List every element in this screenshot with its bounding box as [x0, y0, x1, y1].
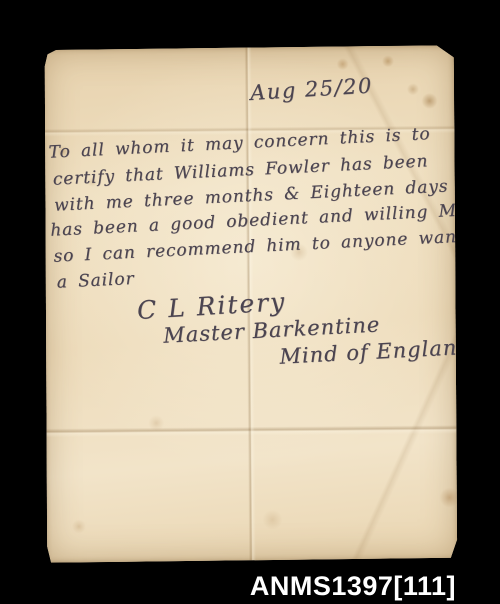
letter-line-6: a Sailor — [56, 269, 135, 293]
letter-date: Aug 25/20 — [249, 74, 373, 105]
letter-paper: Aug 25/20 To all whom it may concern thi… — [42, 45, 458, 563]
photo-scene: Aug 25/20 To all whom it may concern thi… — [0, 0, 500, 604]
catalog-number: ANMS1397[111] — [250, 571, 456, 602]
